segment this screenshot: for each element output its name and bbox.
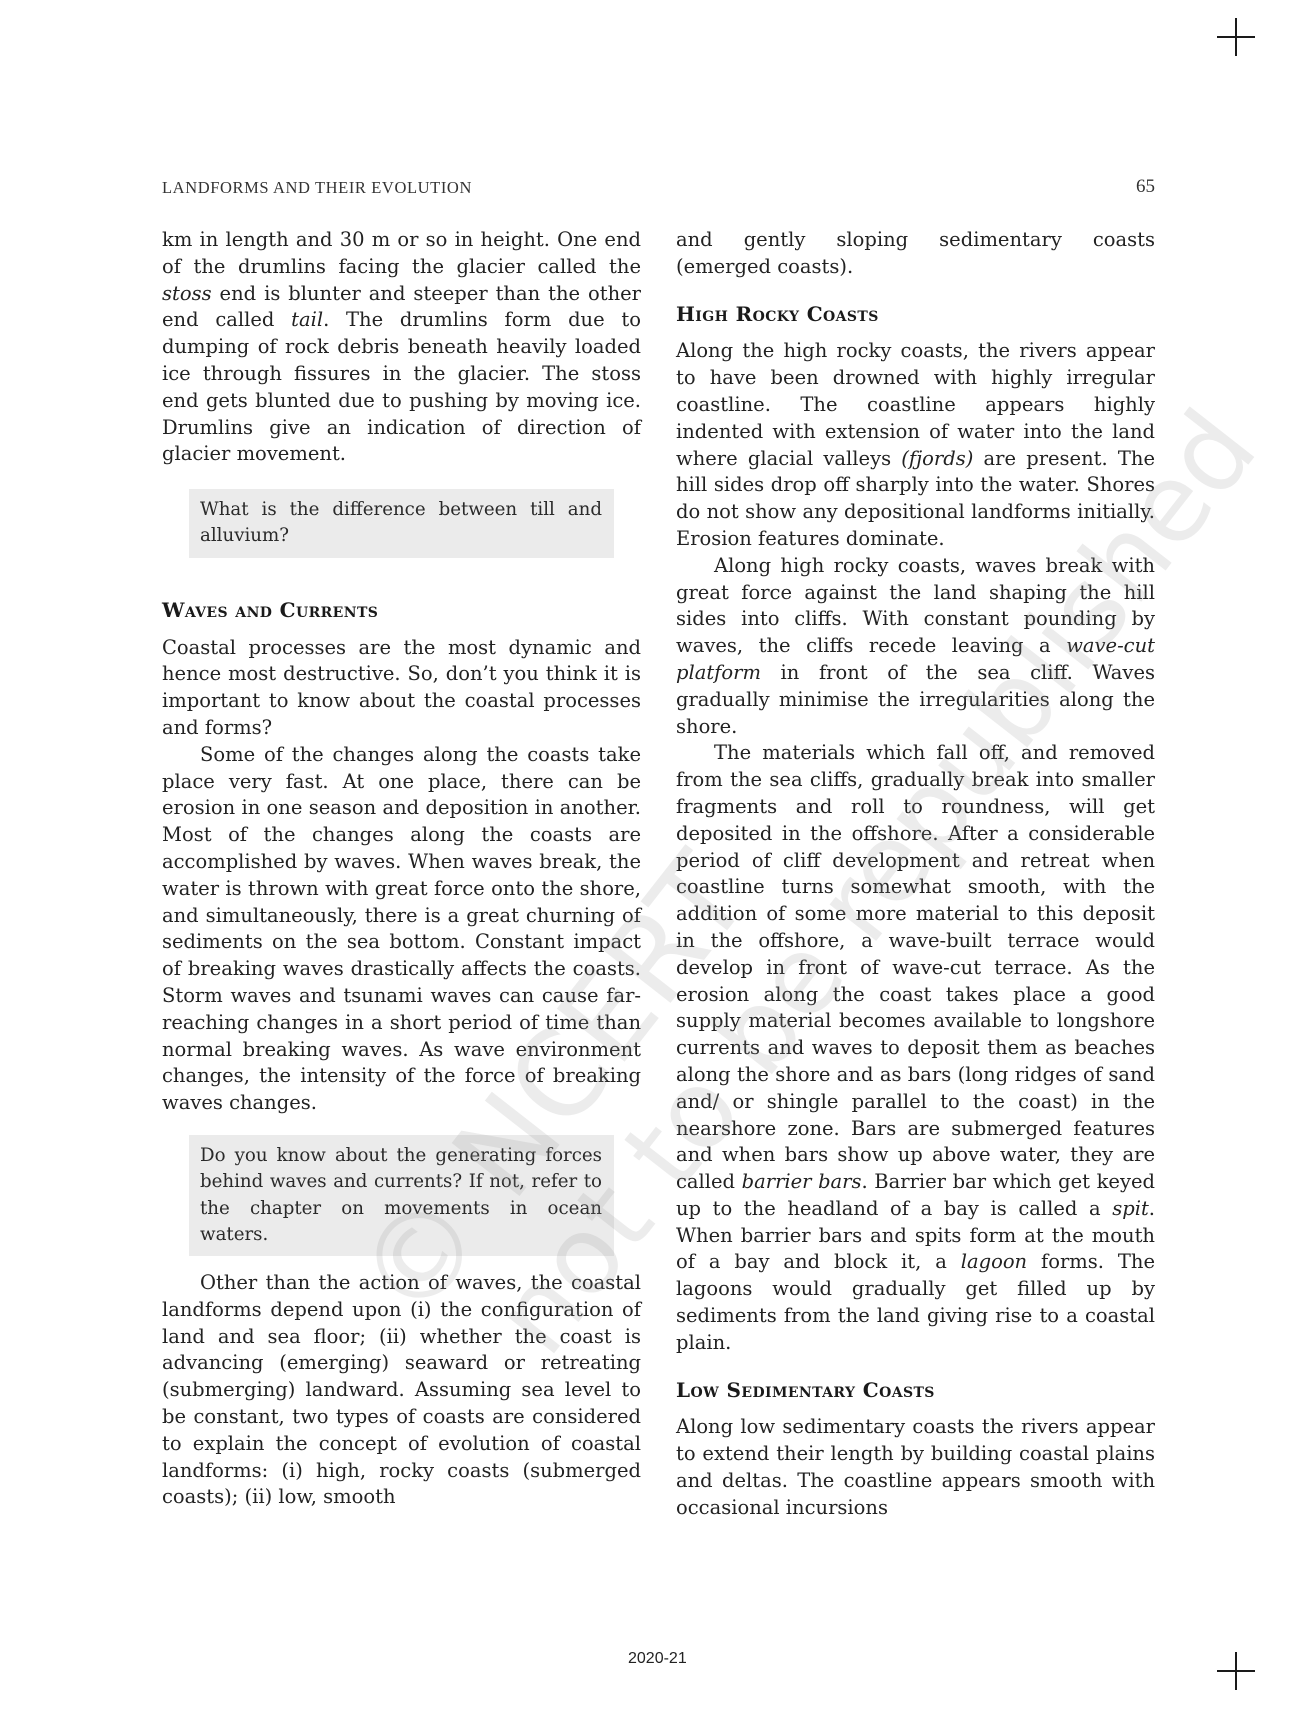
term-fjords: (fjords) — [901, 447, 973, 470]
paragraph-high-rocky-intro: Along the high rocky coasts, the rivers … — [676, 338, 1155, 552]
paragraph-low-sedimentary-intro: Along low sedimentary coasts the rivers … — [676, 1414, 1155, 1521]
paragraph-coastal-processes: Coastal processes are the most dynamic a… — [162, 635, 641, 742]
crop-mark-top-right-icon — [1217, 18, 1255, 56]
text-span: The materials which fall off, and remove… — [676, 741, 1155, 1193]
term-tail: tail — [291, 308, 323, 331]
running-header-title: LANDFORMS AND THEIR EVOLUTION — [162, 178, 472, 198]
text-span: . The drumlins form due to dumping of ro… — [162, 308, 641, 465]
page-number: 65 — [1136, 176, 1155, 198]
term-stoss: stoss — [162, 282, 212, 305]
left-column: km in length and 30 m or so in height. O… — [162, 227, 641, 1511]
paragraph-wave-cut-platform: Along high rocky coasts, waves break wit… — [676, 553, 1155, 741]
right-column: and gently sloping sedimentary coasts (e… — [676, 227, 1155, 1522]
paragraph-drumlins: km in length and 30 m or so in height. O… — [162, 227, 641, 468]
term-lagoon: lagoon — [961, 1250, 1027, 1273]
section-heading-waves-and-currents: Waves and Currents — [162, 597, 641, 624]
term-barrier-bars: barrier bars — [742, 1170, 862, 1193]
paragraph-emerged-coasts: and gently sloping sedimentary coasts (e… — [676, 227, 1155, 281]
crop-mark-bottom-right-icon — [1217, 1652, 1255, 1690]
callout-box-till-alluvium: What is the difference between till and … — [189, 489, 614, 558]
section-heading-high-rocky-coasts: High Rocky Coasts — [676, 301, 1155, 328]
paragraph-materials-deposition: The materials which fall off, and remove… — [676, 740, 1155, 1356]
paragraph-coastal-changes: Some of the changes along the coasts tak… — [162, 742, 641, 1117]
footer-academic-year: 2020-21 — [628, 1650, 687, 1668]
text-span: km in length and 30 m or so in height. O… — [162, 228, 641, 278]
section-heading-low-sedimentary-coasts: Low Sedimentary Coasts — [676, 1377, 1155, 1404]
term-spit: spit — [1112, 1197, 1149, 1220]
paragraph-coastal-landforms: Other than the action of waves, the coas… — [162, 1270, 641, 1511]
callout-box-generating-forces: Do you know about the generating forces … — [189, 1135, 614, 1256]
